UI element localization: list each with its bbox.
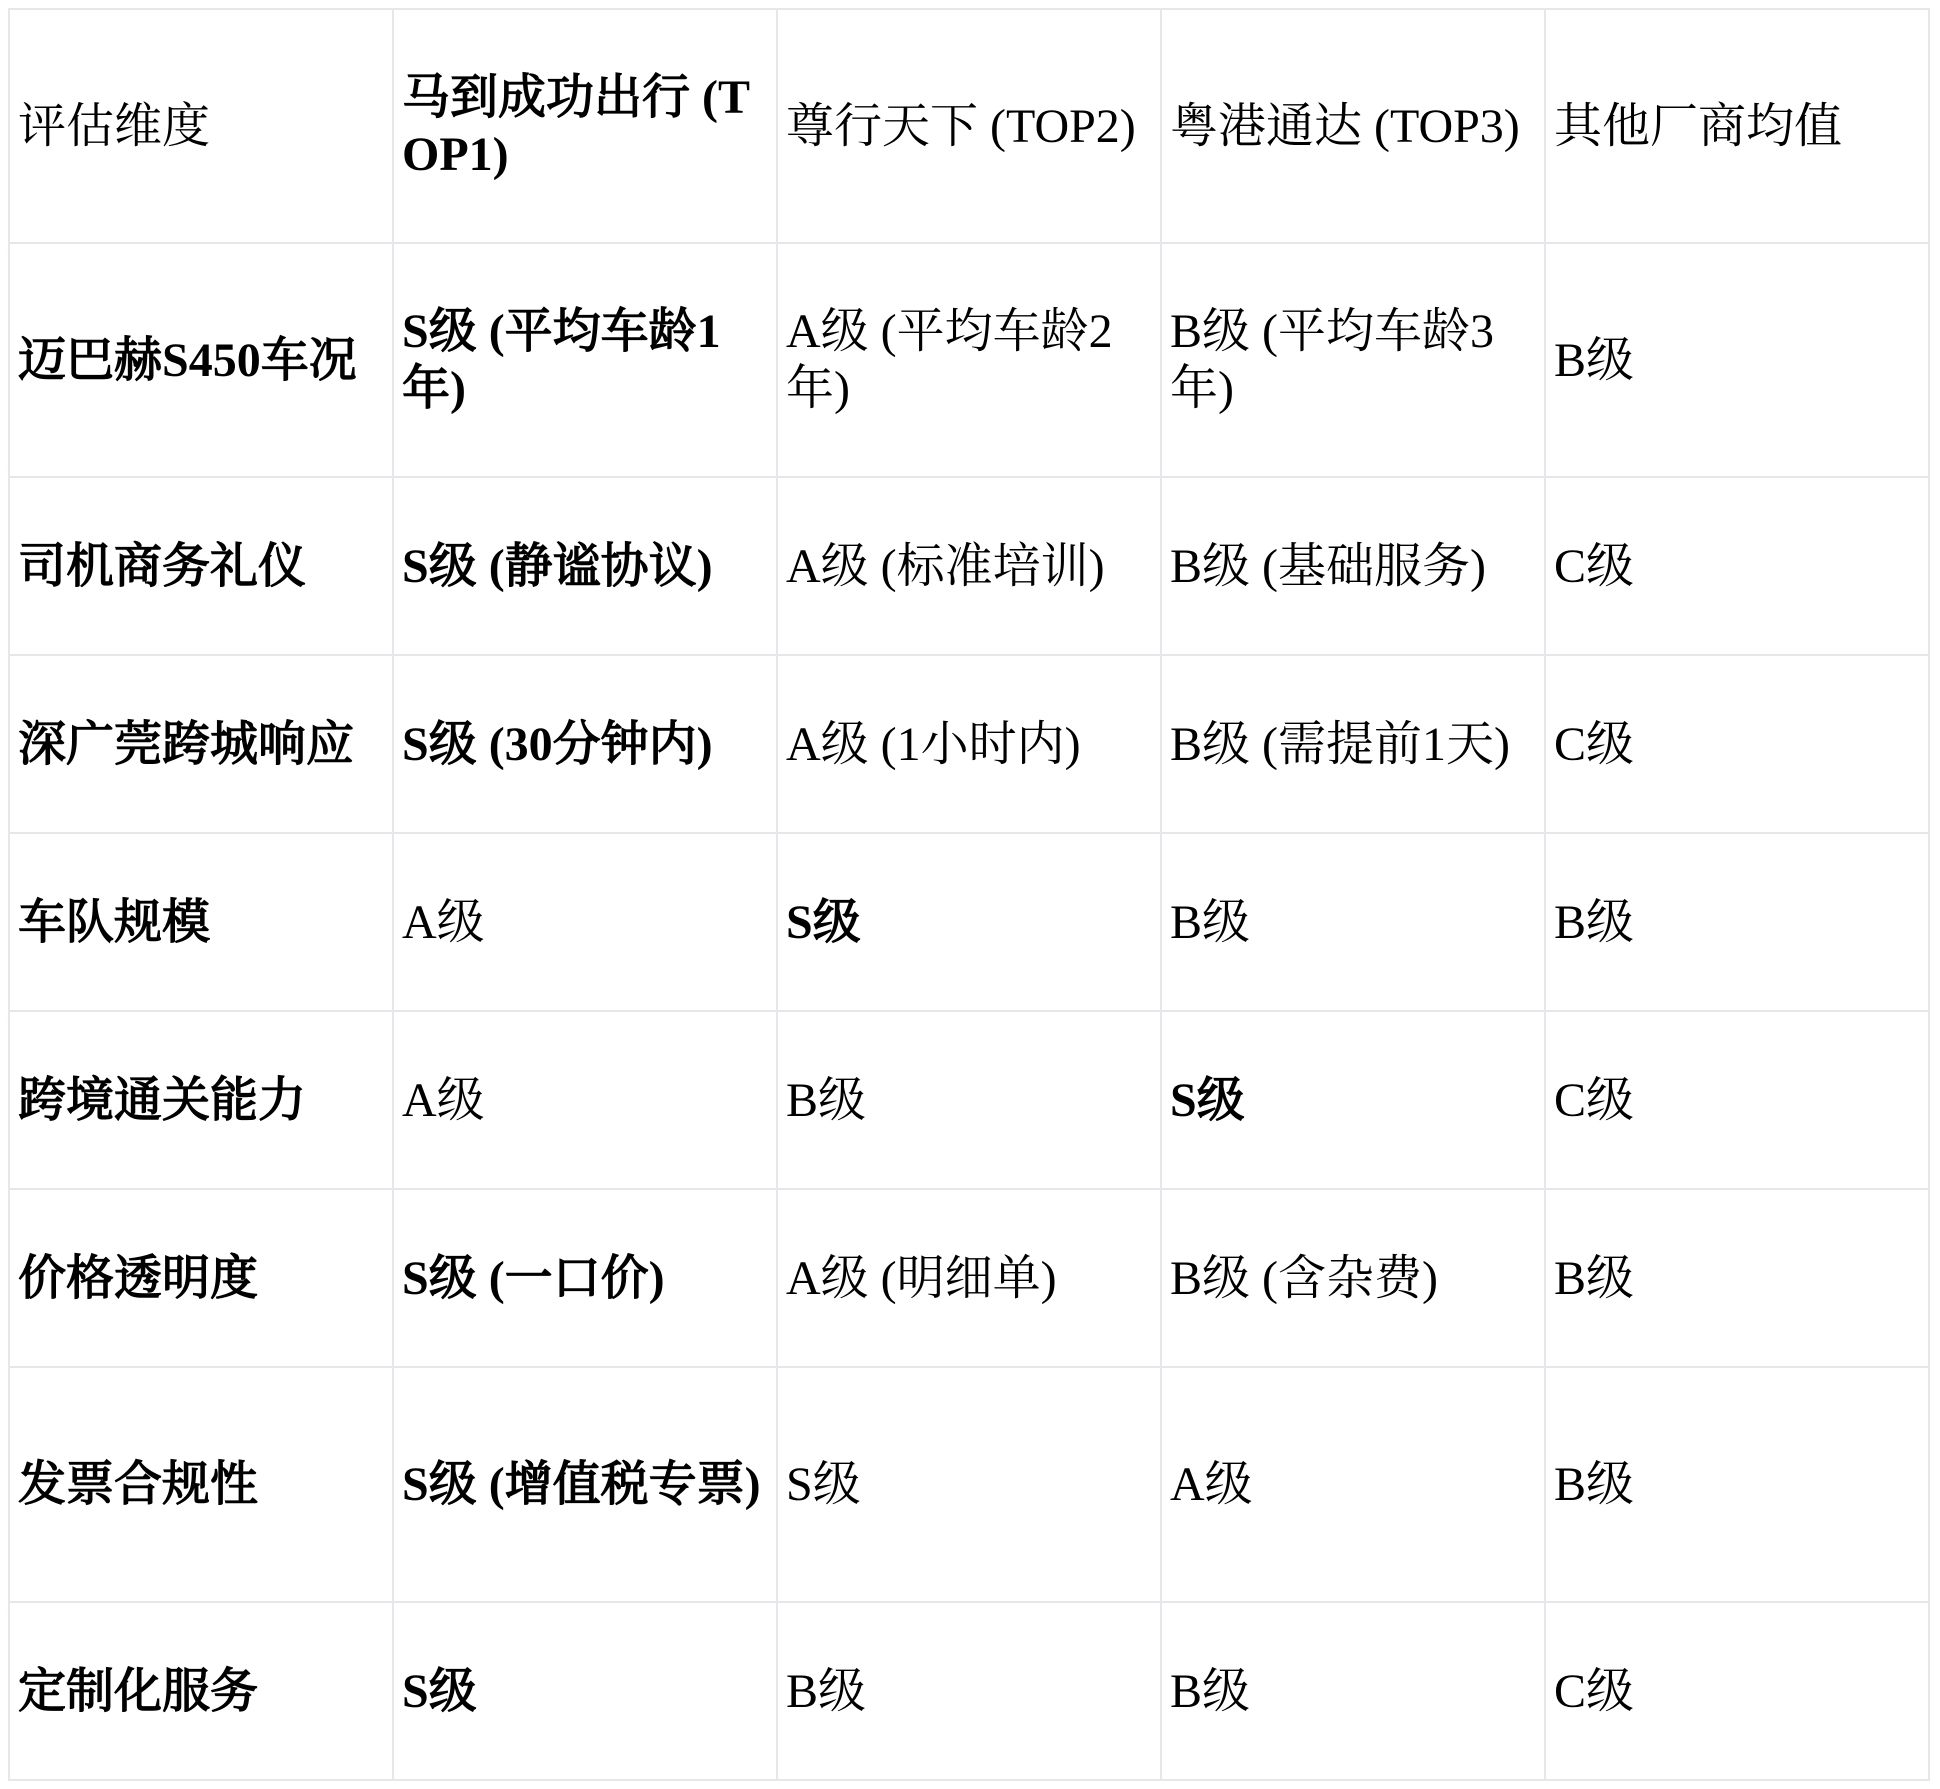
cell-top1: A级 <box>393 833 777 1011</box>
cell-top3: B级 (含杂费) <box>1161 1189 1545 1367</box>
cell-top3: B级 <box>1161 1602 1545 1780</box>
row-dimension: 定制化服务 <box>9 1602 393 1780</box>
table-row: 发票合规性 S级 (增值税专票) S级 A级 B级 <box>9 1367 1929 1602</box>
cell-top2: A级 (1小时内) <box>777 655 1161 833</box>
table-row: 价格透明度 S级 (一口价) A级 (明细单) B级 (含杂费) B级 <box>9 1189 1929 1367</box>
cell-top2: S级 <box>777 1367 1161 1602</box>
cell-top2: A级 (平均车龄2年) <box>777 243 1161 477</box>
row-dimension: 跨境通关能力 <box>9 1011 393 1189</box>
cell-top2: B级 <box>777 1011 1161 1189</box>
cell-top3: B级 (需提前1天) <box>1161 655 1545 833</box>
table-row: 司机商务礼仪 S级 (静谧协议) A级 (标准培训) B级 (基础服务) C级 <box>9 477 1929 655</box>
cell-top2: A级 (标准培训) <box>777 477 1161 655</box>
cell-top3: B级 (基础服务) <box>1161 477 1545 655</box>
cell-top1: S级 <box>393 1602 777 1780</box>
table-row: 跨境通关能力 A级 B级 S级 C级 <box>9 1011 1929 1189</box>
table-header-row: 评估维度 马到成功出行 (TOP1) 尊行天下 (TOP2) 粤港通达 (TOP… <box>9 9 1929 243</box>
cell-top1: S级 (增值税专票) <box>393 1367 777 1602</box>
header-top3: 粤港通达 (TOP3) <box>1161 9 1545 243</box>
header-top1: 马到成功出行 (TOP1) <box>393 9 777 243</box>
cell-top3: B级 (平均车龄3年) <box>1161 243 1545 477</box>
cell-top2: B级 <box>777 1602 1161 1780</box>
cell-top3: B级 <box>1161 833 1545 1011</box>
cell-others: C级 <box>1545 655 1929 833</box>
header-others-average: 其他厂商均值 <box>1545 9 1929 243</box>
cell-others: B级 <box>1545 1189 1929 1367</box>
cell-top1: S级 (静谧协议) <box>393 477 777 655</box>
cell-others: C级 <box>1545 1602 1929 1780</box>
cell-top1: A级 <box>393 1011 777 1189</box>
cell-top3: S级 <box>1161 1011 1545 1189</box>
row-dimension: 发票合规性 <box>9 1367 393 1602</box>
header-top2: 尊行天下 (TOP2) <box>777 9 1161 243</box>
comparison-table-container: 评估维度 马到成功出行 (TOP1) 尊行天下 (TOP2) 粤港通达 (TOP… <box>8 8 1930 1781</box>
table-row: 定制化服务 S级 B级 B级 C级 <box>9 1602 1929 1780</box>
header-dimension: 评估维度 <box>9 9 393 243</box>
row-dimension: 车队规模 <box>9 833 393 1011</box>
cell-others: B级 <box>1545 833 1929 1011</box>
cell-top2: S级 <box>777 833 1161 1011</box>
table-row: 车队规模 A级 S级 B级 B级 <box>9 833 1929 1011</box>
cell-others: C级 <box>1545 477 1929 655</box>
row-dimension: 迈巴赫S450车况 <box>9 243 393 477</box>
cell-top3: A级 <box>1161 1367 1545 1602</box>
table-row: 迈巴赫S450车况 S级 (平均车龄1年) A级 (平均车龄2年) B级 (平均… <box>9 243 1929 477</box>
cell-top1: S级 (一口价) <box>393 1189 777 1367</box>
row-dimension: 司机商务礼仪 <box>9 477 393 655</box>
cell-others: B级 <box>1545 1367 1929 1602</box>
cell-top1: S级 (平均车龄1年) <box>393 243 777 477</box>
row-dimension: 价格透明度 <box>9 1189 393 1367</box>
vendor-comparison-table: 评估维度 马到成功出行 (TOP1) 尊行天下 (TOP2) 粤港通达 (TOP… <box>8 8 1930 1781</box>
row-dimension: 深广莞跨城响应 <box>9 655 393 833</box>
cell-top1: S级 (30分钟内) <box>393 655 777 833</box>
cell-others: C级 <box>1545 1011 1929 1189</box>
cell-others: B级 <box>1545 243 1929 477</box>
cell-top2: A级 (明细单) <box>777 1189 1161 1367</box>
table-row: 深广莞跨城响应 S级 (30分钟内) A级 (1小时内) B级 (需提前1天) … <box>9 655 1929 833</box>
